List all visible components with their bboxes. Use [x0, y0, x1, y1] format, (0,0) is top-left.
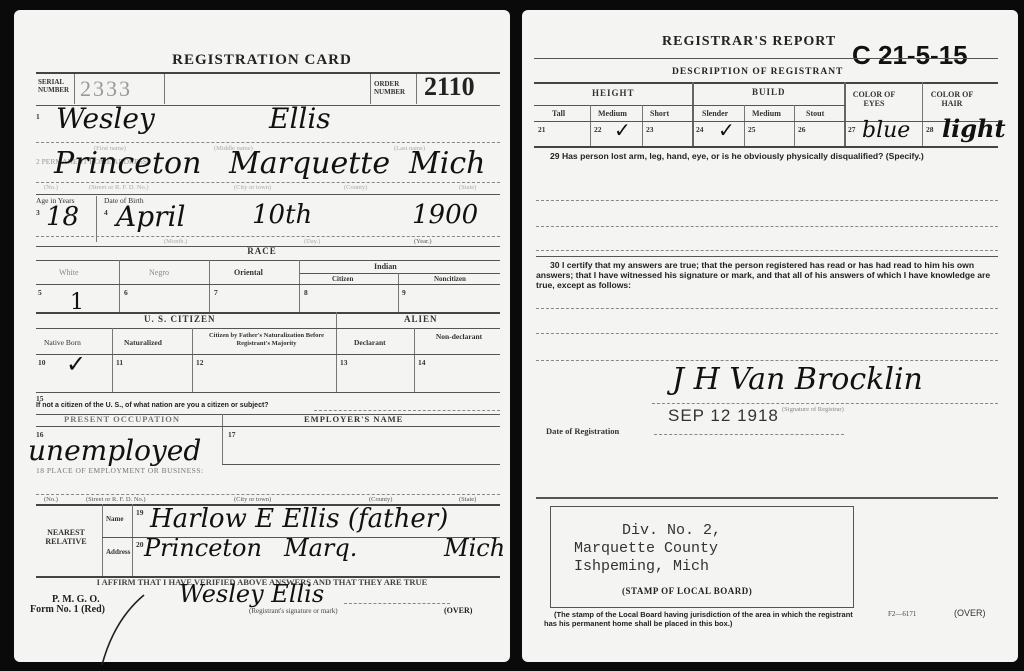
sublabel: (County)	[344, 184, 367, 191]
field-number: 5	[38, 288, 42, 297]
alien-header: ALIEN	[404, 314, 438, 324]
serial-number-label: SERIAL NUMBER	[38, 78, 72, 94]
build-header: BUILD	[752, 87, 786, 97]
employment-place-label: 18 PLACE OF EMPLOYMENT OR BUSINESS:	[36, 466, 204, 475]
pen-stroke-mark	[94, 590, 154, 670]
form-code: F2—6171	[888, 610, 916, 618]
over-label: (OVER)	[444, 606, 472, 615]
stamp-instructions: (The stamp of the Local Board having jur…	[544, 610, 864, 628]
hair-color-value: light	[942, 114, 1006, 143]
date-of-registration-label: Date of Registration	[546, 426, 619, 436]
field-number: 1	[36, 112, 40, 121]
sublabel: (State)	[459, 184, 476, 191]
dob-year: 1900	[412, 200, 478, 230]
first-name: Wesley	[56, 102, 155, 135]
registrars-report-card: REGISTRAR'S REPORT C 21-5-15 DESCRIPTION…	[522, 10, 1018, 662]
indian-citizen-label: Citizen	[332, 275, 353, 283]
card-title: REGISTRATION CARD	[14, 52, 510, 69]
sublabel: (City or town)	[234, 496, 271, 503]
sublabel: (City or town)	[234, 184, 271, 191]
race-oriental-label: Oriental	[234, 268, 263, 277]
race-header: RACE	[14, 246, 510, 256]
field-number: 14	[418, 358, 426, 367]
field-number: 9	[402, 288, 406, 297]
nationality-question: If not a citizen of the U. S., of what n…	[36, 402, 269, 409]
field-number: 6	[124, 288, 128, 297]
naturalized-label: Naturalized	[124, 338, 162, 347]
certification-30: 30 I certify that my answers are true; t…	[536, 260, 1006, 290]
native-born-mark: ✓	[66, 350, 86, 378]
occupation-header: PRESENT OCCUPATION	[64, 414, 180, 424]
us-citizen-header: U. S. CITIZEN	[144, 314, 216, 324]
hair-color-header: COLOR OF HAIR	[922, 90, 982, 108]
height-medium-mark: ✓	[614, 118, 631, 142]
native-born-label: Native Born	[44, 338, 81, 347]
order-number: 2110	[424, 72, 475, 102]
question-29: 29 Has person lost arm, leg, hand, eye, …	[536, 151, 1006, 161]
height-medium-label: Medium	[598, 109, 627, 118]
occupation-value: unemployed	[28, 434, 201, 467]
age-value: 18	[46, 202, 79, 232]
home-county: Marquette	[229, 146, 390, 181]
race-negro-label: Negro	[149, 268, 169, 277]
field-number: 22	[594, 125, 602, 134]
stamp-line-1: Div. No. 2,	[622, 522, 721, 540]
stamp-line-3: Ishpeming, Mich	[574, 558, 709, 576]
declarant-label: Declarant	[354, 338, 386, 347]
serial-number: 2333	[80, 76, 132, 102]
stamp-box-label: (STAMP OF LOCAL BOARD)	[622, 586, 752, 596]
over-label: (OVER)	[954, 608, 986, 618]
relative-city: Princeton	[144, 534, 262, 562]
field-number: 13	[340, 358, 348, 367]
build-slender-mark: ✓	[718, 118, 735, 142]
height-tall-label: Tall	[552, 109, 565, 118]
date-of-registration-value: SEP 12 1918	[668, 406, 779, 426]
order-number-label: ORDER NUMBER	[374, 80, 414, 96]
relative-state: Mich	[444, 534, 505, 562]
eye-color-header: COLOR OF EYES	[844, 90, 904, 108]
registrar-signature-label: (Signature of Registrar)	[782, 406, 844, 413]
field-number: 19	[136, 508, 144, 517]
relative-address-label: Address	[106, 548, 130, 556]
dob-month: April	[116, 200, 185, 233]
sublabel: (Day.)	[304, 238, 320, 245]
field-number: 27	[848, 125, 856, 134]
field-number: 21	[538, 125, 546, 134]
indian-noncitizen-label: Noncitizen	[434, 275, 466, 283]
build-slender-label: Slender	[702, 109, 728, 118]
sublabel: (Month.)	[164, 238, 187, 245]
stamp-code: C 21-5-15	[852, 40, 968, 71]
field-number: 12	[196, 358, 204, 367]
sublabel: (Year.)	[414, 238, 432, 245]
sublabel: (Street or R. F. D. No.)	[86, 496, 146, 503]
field-number: 3	[36, 208, 40, 217]
race-indian-label: Indian	[374, 262, 397, 271]
height-short-label: Short	[650, 109, 669, 118]
field-number: 26	[798, 125, 806, 134]
employer-header: EMPLOYER'S NAME	[304, 414, 403, 424]
sublabel: (State)	[459, 496, 476, 503]
home-city: Princeton	[54, 146, 201, 181]
field-number: 23	[646, 125, 654, 134]
signature-label: (Registrant's signature or mark)	[249, 607, 338, 615]
race-white-label: White	[59, 268, 79, 277]
height-header: HEIGHT	[592, 88, 635, 98]
field-number: 17	[228, 430, 236, 439]
registration-card: REGISTRATION CARD SERIAL NUMBER 2333 ORD…	[14, 10, 510, 662]
stamp-line-2: Marquette County	[574, 540, 718, 558]
field-number: 8	[304, 288, 308, 297]
field-number: 10	[38, 358, 46, 367]
build-medium-label: Medium	[752, 109, 781, 118]
build-stout-label: Stout	[806, 109, 824, 118]
field-number: 11	[116, 358, 123, 367]
nearest-relative-label: NEAREST RELATIVE	[36, 528, 96, 546]
sublabel: (No.)	[44, 496, 58, 503]
relative-county: Marq.	[284, 534, 357, 562]
report-title: REGISTRAR'S REPORT	[662, 34, 836, 50]
non-declarant-label: Non-declarant	[434, 332, 484, 341]
last-name: Ellis	[269, 102, 331, 135]
sublabel: (Street or R. F. D. No.)	[89, 184, 149, 191]
field-number: 4	[104, 208, 108, 217]
father-naturalization-label: Citizen by Father's Naturalization Befor…	[204, 332, 329, 348]
field-number: 24	[696, 125, 704, 134]
relative-name: Harlow E Ellis (father)	[150, 504, 448, 534]
eye-color-value: blue	[862, 118, 910, 143]
field-number: 25	[748, 125, 756, 134]
field-number: 7	[214, 288, 218, 297]
home-state: Mich	[409, 146, 485, 181]
field-number: 28	[926, 125, 934, 134]
relative-name-label: Name	[106, 515, 124, 523]
registrant-signature: Wesley Ellis	[179, 580, 324, 608]
dob-day: 10th	[252, 200, 312, 230]
description-subtitle: DESCRIPTION OF REGISTRANT	[672, 67, 843, 77]
sublabel: (County)	[369, 496, 392, 503]
sublabel: (No.)	[44, 184, 58, 191]
field-number: 20	[136, 540, 144, 549]
registrar-signature: J H Van Brocklin	[672, 362, 923, 397]
